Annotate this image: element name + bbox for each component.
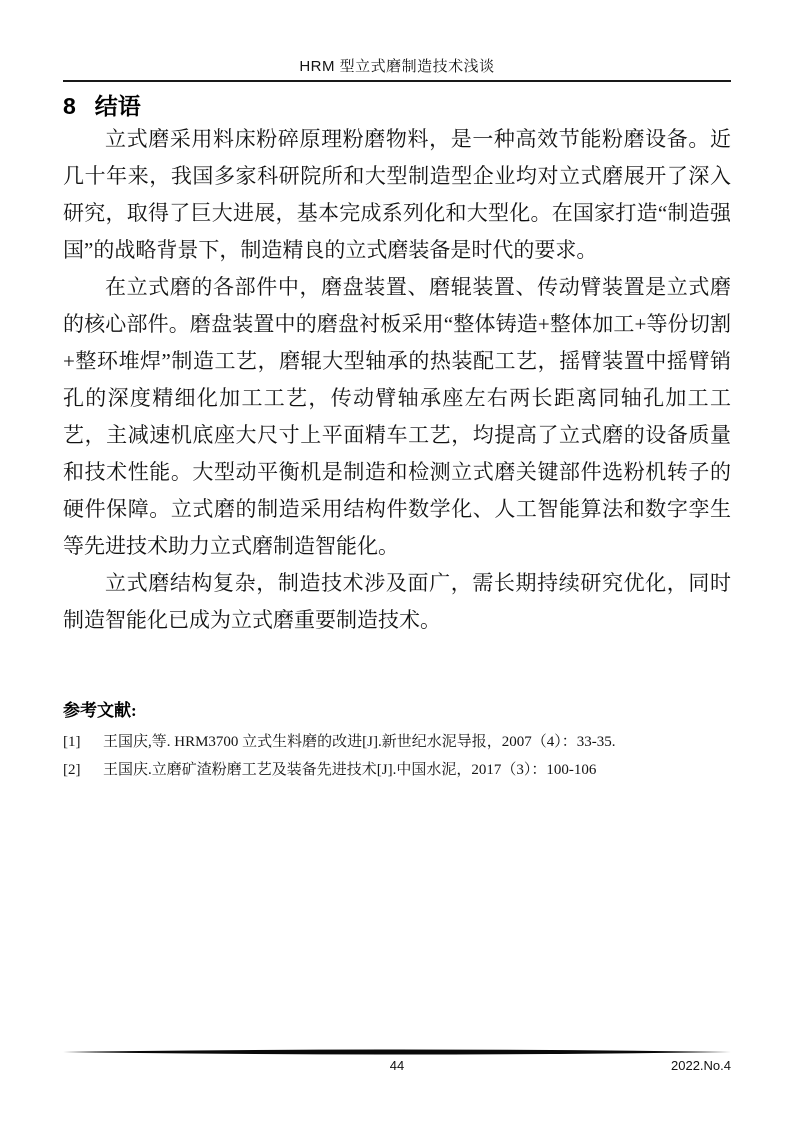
- reference-text: 王国庆,等. HRM3700 立式生料磨的改进[J].新世纪水泥导报，2007（…: [103, 728, 731, 756]
- reference-item: [1] 王国庆,等. HRM3700 立式生料磨的改进[J].新世纪水泥导报，2…: [63, 728, 731, 756]
- page-content: HRM 型立式磨制造技术浅谈 8结语 立式磨采用料床粉碎原理粉磨物料，是一种高效…: [63, 0, 731, 784]
- footer-divider-line: [63, 1048, 731, 1056]
- reference-list: [1] 王国庆,等. HRM3700 立式生料磨的改进[J].新世纪水泥导报，2…: [63, 728, 731, 784]
- page-footer: 44 2022.No.4: [63, 1048, 731, 1074]
- reference-text: 王国庆.立磨矿渣粉磨工艺及装备先进技术[J].中国水泥，2017（3）：100-…: [103, 756, 731, 784]
- paragraph-3: 立式磨结构复杂，制造技术涉及面广，需长期持续研究优化，同时制造智能化已成为立式磨…: [63, 565, 731, 639]
- body-text: 立式磨采用料床粉碎原理粉磨物料，是一种高效节能粉磨设备。近几十年来，我国多家科研…: [63, 121, 731, 639]
- section-title: 结语: [95, 93, 141, 119]
- section-heading: 8结语: [63, 91, 731, 121]
- paragraph-1: 立式磨采用料床粉碎原理粉磨物料，是一种高效节能粉磨设备。近几十年来，我国多家科研…: [63, 121, 731, 269]
- issue-number: 2022.No.4: [671, 1057, 731, 1074]
- references-label: 参考文献:: [63, 699, 731, 723]
- reference-item: [2] 王国庆.立磨矿渣粉磨工艺及装备先进技术[J].中国水泥，2017（3）：…: [63, 756, 731, 784]
- document-page: HRM 型立式磨制造技术浅谈 8结语 立式磨采用料床粉碎原理粉磨物料，是一种高效…: [0, 0, 793, 1122]
- page-number: 44: [390, 1058, 404, 1073]
- reference-index: [1]: [63, 728, 103, 756]
- section-number: 8: [63, 91, 76, 121]
- header-rule: [63, 80, 731, 82]
- running-header-title: HRM 型立式磨制造技术浅谈: [63, 0, 731, 76]
- paragraph-2: 在立式磨的各部件中，磨盘装置、磨辊装置、传动臂装置是立式磨的核心部件。磨盘装置中…: [63, 269, 731, 565]
- reference-index: [2]: [63, 756, 103, 784]
- footer-text-row: 44 2022.No.4: [63, 1057, 731, 1074]
